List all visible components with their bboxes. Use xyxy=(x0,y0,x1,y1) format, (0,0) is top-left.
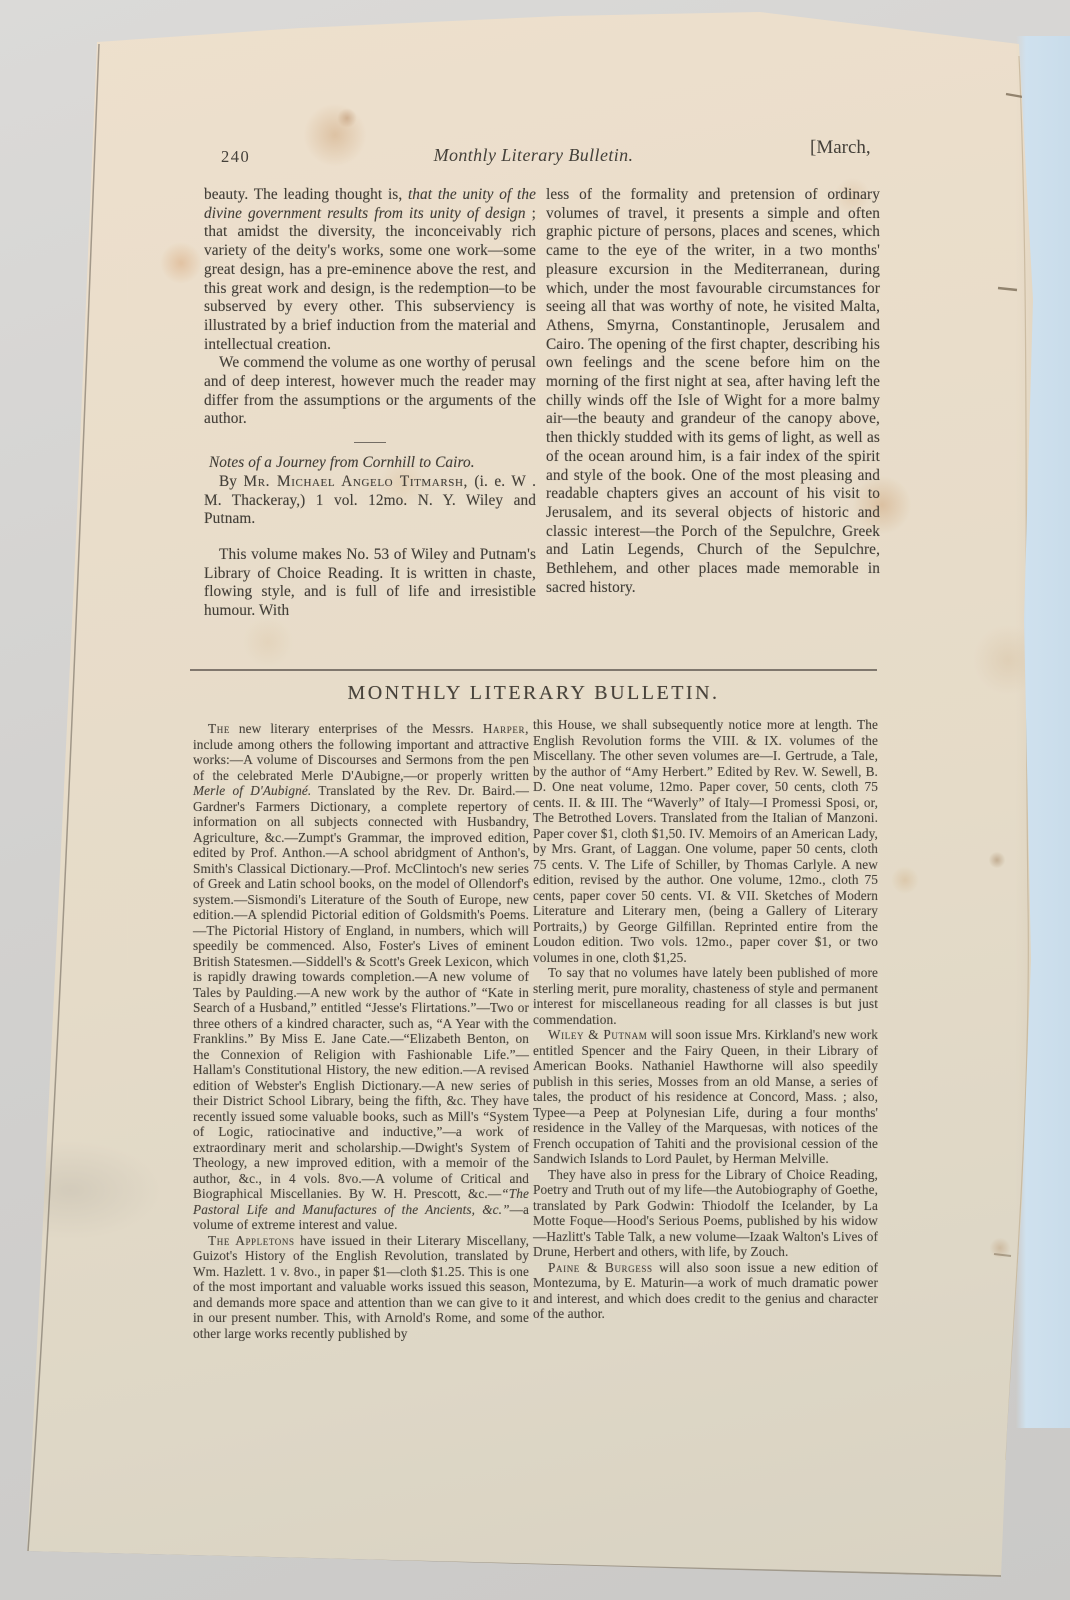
review-paragraph: This volume makes No. 53 of Wiley and Pu… xyxy=(204,546,536,621)
bulletin-paragraph: To say that no volumes have lately been … xyxy=(533,965,878,1027)
bulletin-paragraph: The new literary enterprises of the Mess… xyxy=(193,721,529,1233)
entry-divider xyxy=(354,442,386,443)
bulletin-paragraph: Paine & Burgess will also soon issue a n… xyxy=(533,1260,878,1322)
photo-background: 240 Monthly Literary Bulletin. [March, b… xyxy=(0,0,1070,1600)
bulletin-paragraph: They have also in press for the Library … xyxy=(533,1167,878,1260)
section-rule xyxy=(190,669,877,671)
bulletin-left-column: The new literary enterprises of the Mess… xyxy=(193,721,529,1341)
review-paragraph: We commend the volume as one worthy of p… xyxy=(204,354,536,429)
book-page: 240 Monthly Literary Bulletin. [March, b… xyxy=(0,0,1070,1600)
bulletin-heading: MONTHLY LITERARY BULLETIN. xyxy=(190,682,877,705)
bottom-page-edge-line xyxy=(28,1552,1001,1576)
review-left-column: beauty. The leading thought is, that the… xyxy=(204,186,536,621)
bulletin-paragraph: The Appletons have issued in their Liter… xyxy=(193,1233,529,1342)
stitch-mark xyxy=(994,1254,1011,1256)
bulletin-right-column: this House, we shall subsequently notice… xyxy=(533,717,878,1322)
review-paragraph-continued: beauty. The leading thought is, that the… xyxy=(204,186,536,354)
stitch-mark xyxy=(998,288,1017,290)
bulletin-paragraph: Wiley & Putnam will soon issue Mrs. Kirk… xyxy=(533,1027,878,1167)
review-right-column: less of the formality and pretension of … xyxy=(546,186,880,597)
running-title: Monthly Literary Bulletin. xyxy=(190,145,877,166)
bulletin-paragraph-continued: this House, we shall subsequently notice… xyxy=(533,717,878,965)
book-title: Notes of a Journey from Cornhill to Cair… xyxy=(204,454,536,473)
stitch-mark xyxy=(1006,94,1023,97)
month-label: [March, xyxy=(810,137,871,159)
review-paragraph-continued: less of the formality and pretension of … xyxy=(546,186,880,597)
left-page-edge-line xyxy=(28,44,99,1551)
book-imprint: By Mr. Michael Angelo Titmarsh, (i. e. W… xyxy=(204,473,536,529)
